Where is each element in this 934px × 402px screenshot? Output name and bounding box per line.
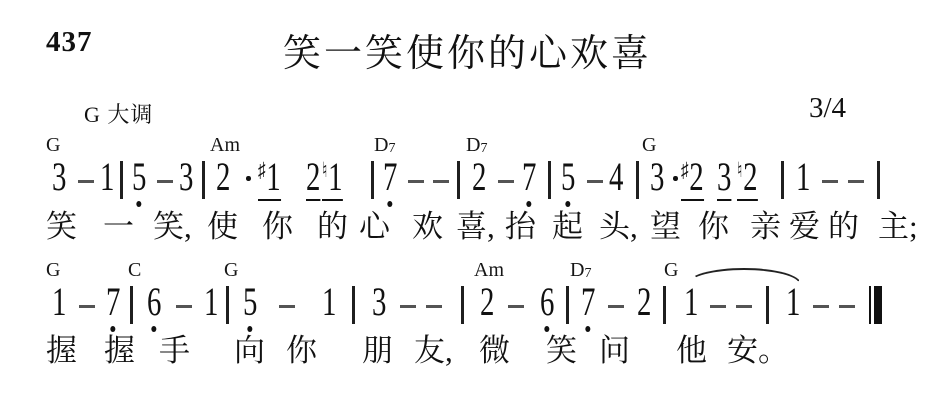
duration-dash bbox=[400, 305, 416, 308]
lyric-syllable: 你 bbox=[698, 211, 729, 242]
chord-label: D7 bbox=[570, 260, 591, 280]
duration-dash bbox=[736, 305, 752, 308]
hymn-title: 笑一笑使你的心欢喜 bbox=[283, 22, 652, 77]
note: ♮2 bbox=[737, 157, 758, 201]
note: 1 bbox=[786, 282, 800, 322]
note: 2 bbox=[480, 282, 494, 322]
low-octave-dot bbox=[565, 201, 570, 207]
lyric-syllable: 爱 bbox=[789, 211, 820, 242]
lyric-syllable: 他 bbox=[676, 335, 707, 366]
duration-dash bbox=[79, 305, 95, 308]
natural-accidental: ♮ bbox=[737, 158, 742, 182]
lyric-syllable: 你 bbox=[286, 335, 317, 366]
note: 6 bbox=[540, 282, 554, 322]
duration-dash bbox=[710, 305, 726, 308]
note: 6 bbox=[147, 282, 161, 322]
lyric-syllable: 望 bbox=[650, 211, 681, 242]
time-signature: 3/4 bbox=[809, 92, 846, 125]
low-octave-dot bbox=[110, 326, 115, 332]
note: 3 bbox=[717, 157, 731, 201]
lyric-syllable: 的 bbox=[828, 211, 859, 242]
note: ♯1 bbox=[258, 157, 281, 201]
note: 1 bbox=[796, 157, 810, 197]
barline bbox=[457, 161, 460, 199]
chord-label: D7 bbox=[466, 135, 487, 155]
note: 5 bbox=[132, 157, 146, 197]
lyric-syllable: 一 bbox=[103, 211, 134, 242]
note: 4 bbox=[609, 157, 623, 197]
barline bbox=[636, 161, 639, 199]
note: 1 bbox=[322, 282, 336, 322]
barline bbox=[663, 286, 666, 324]
note: 1 bbox=[52, 282, 66, 322]
lyric-syllable: 向 bbox=[234, 335, 265, 366]
note: 7 bbox=[383, 157, 397, 197]
augmentation-dot bbox=[673, 176, 678, 181]
lyric-syllable: 笑, bbox=[153, 211, 192, 242]
lyric-syllable: 的 bbox=[317, 211, 348, 242]
lyric-syllable: 安。 bbox=[727, 335, 789, 366]
chord-label: G bbox=[664, 260, 678, 280]
low-octave-dot bbox=[247, 326, 252, 332]
low-octave-dot bbox=[136, 201, 141, 207]
note: 3 bbox=[179, 157, 193, 197]
duration-dash bbox=[508, 305, 524, 308]
final-barline bbox=[869, 286, 882, 324]
lyric-syllable: 主; bbox=[878, 211, 918, 242]
sheet-music-page: 437 笑一笑使你的心欢喜 G 大调 3/4 GAmD7D7G31532♯12♮… bbox=[0, 0, 934, 402]
low-octave-dot bbox=[544, 326, 549, 332]
note: ♯2 bbox=[681, 157, 704, 201]
lyric-syllable: 微 bbox=[479, 335, 510, 366]
lyric-syllable: 使 bbox=[207, 211, 238, 242]
duration-dash bbox=[839, 305, 855, 308]
duration-dash bbox=[176, 305, 192, 308]
augmentation-dot bbox=[246, 176, 251, 181]
lyric-syllable: 起 bbox=[552, 211, 583, 242]
barline bbox=[877, 161, 880, 199]
chord-label: G bbox=[46, 260, 60, 280]
barline bbox=[120, 161, 123, 199]
barline bbox=[548, 161, 551, 199]
note: ♮1 bbox=[322, 157, 343, 201]
barline bbox=[226, 286, 229, 324]
low-octave-dot bbox=[526, 201, 531, 207]
duration-dash bbox=[608, 305, 624, 308]
note: 1 bbox=[684, 282, 698, 322]
chord-label: G bbox=[46, 135, 60, 155]
note: 1 bbox=[204, 282, 218, 322]
duration-dash bbox=[279, 305, 295, 308]
tie-arc bbox=[687, 268, 801, 284]
lyric-syllable: 友, bbox=[414, 335, 453, 366]
lyric-syllable: 朋 bbox=[362, 335, 393, 366]
note: 7 bbox=[106, 282, 120, 322]
lyric-syllable: 心 bbox=[359, 211, 390, 242]
lyric-syllable: 你 bbox=[262, 211, 293, 242]
lyric-syllable: 喜, bbox=[456, 211, 495, 242]
note: 2 bbox=[637, 282, 651, 322]
low-octave-dot bbox=[151, 326, 156, 332]
barline bbox=[130, 286, 133, 324]
note: 7 bbox=[581, 282, 595, 322]
duration-dash bbox=[587, 180, 603, 183]
note: 5 bbox=[243, 282, 257, 322]
note: 3 bbox=[650, 157, 664, 197]
barline bbox=[566, 286, 569, 324]
duration-dash bbox=[498, 180, 514, 183]
lyric-syllable: 头, bbox=[599, 211, 638, 242]
low-octave-dot bbox=[387, 201, 392, 207]
barline bbox=[202, 161, 205, 199]
key-signature-label: G 大调 bbox=[84, 98, 153, 129]
lyric-syllable: 握 bbox=[46, 335, 77, 366]
lyric-syllable: 握 bbox=[104, 335, 135, 366]
barline bbox=[352, 286, 355, 324]
note: 2 bbox=[306, 157, 320, 201]
sharp-accidental: ♯ bbox=[258, 158, 266, 182]
duration-dash bbox=[848, 180, 864, 183]
lyric-syllable: 亲 bbox=[750, 211, 781, 242]
chord-label: Am bbox=[210, 135, 240, 155]
lyric-syllable: 欢 bbox=[412, 211, 443, 242]
note: 5 bbox=[561, 157, 575, 197]
note: 2 bbox=[472, 157, 486, 197]
lyric-syllable: 抬 bbox=[505, 211, 536, 242]
barline bbox=[461, 286, 464, 324]
chord-label: D7 bbox=[374, 135, 395, 155]
low-octave-dot bbox=[585, 326, 590, 332]
duration-dash bbox=[822, 180, 838, 183]
chord-label: Am bbox=[474, 260, 504, 280]
lyric-syllable: 笑 bbox=[546, 335, 577, 366]
duration-dash bbox=[813, 305, 829, 308]
note: 3 bbox=[372, 282, 386, 322]
chord-label: G bbox=[642, 135, 656, 155]
duration-dash bbox=[433, 180, 449, 183]
note: 3 bbox=[52, 157, 66, 197]
chord-label: G bbox=[224, 260, 238, 280]
duration-dash bbox=[157, 180, 173, 183]
barline bbox=[781, 161, 784, 199]
lyric-syllable: 手 bbox=[159, 335, 190, 366]
duration-dash bbox=[78, 180, 94, 183]
hymn-number: 437 bbox=[46, 26, 93, 59]
lyric-syllable: 问 bbox=[599, 335, 630, 366]
barline bbox=[371, 161, 374, 199]
lyric-syllable: 笑 bbox=[46, 211, 77, 242]
note: 1 bbox=[100, 157, 114, 197]
sharp-accidental: ♯ bbox=[681, 158, 689, 182]
chord-label: C bbox=[128, 260, 141, 280]
barline bbox=[766, 286, 769, 324]
duration-dash bbox=[408, 180, 424, 183]
note: 2 bbox=[216, 157, 230, 197]
duration-dash bbox=[426, 305, 442, 308]
note: 7 bbox=[522, 157, 536, 197]
natural-accidental: ♮ bbox=[322, 158, 327, 182]
